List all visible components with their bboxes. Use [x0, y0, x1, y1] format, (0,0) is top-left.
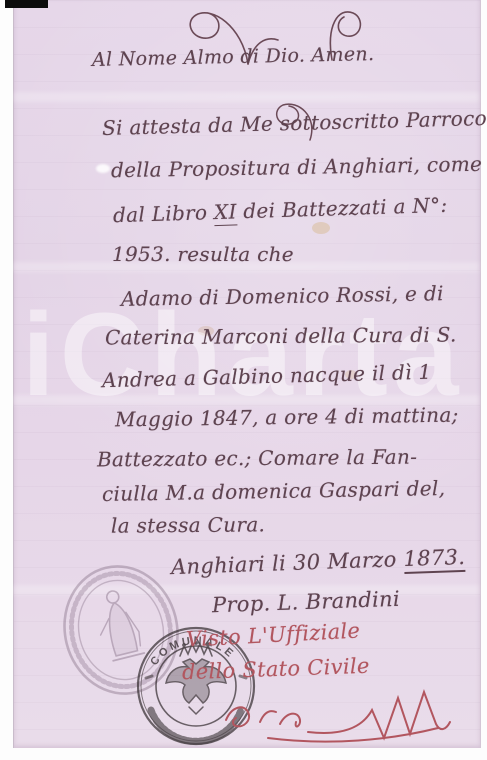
record-line-7: la stessa Cura.: [111, 512, 265, 538]
record-line-2: Caterina Marconi della Cura di S.: [105, 322, 457, 350]
official-signature-flourish: [210, 678, 455, 750]
year-underlined: 1873.: [403, 545, 466, 574]
record-line-4: Maggio 1847, a ore 4 di mattina;: [115, 403, 459, 433]
paper-stain: [312, 222, 330, 234]
register-book-number: XI: [214, 199, 238, 226]
scanned-document: iCharta Al Nome Almo di Dio. Amen. Si at…: [0, 0, 487, 760]
attestation-line-3-pre: dal Libro: [113, 200, 215, 227]
record-line-5: Battezzato ec.; Comare la Fan-: [97, 445, 417, 473]
paper-glare: [96, 164, 110, 173]
scan-edge-mark: [5, 0, 48, 8]
attestation-line-4: 1953. resulta che: [112, 242, 294, 267]
